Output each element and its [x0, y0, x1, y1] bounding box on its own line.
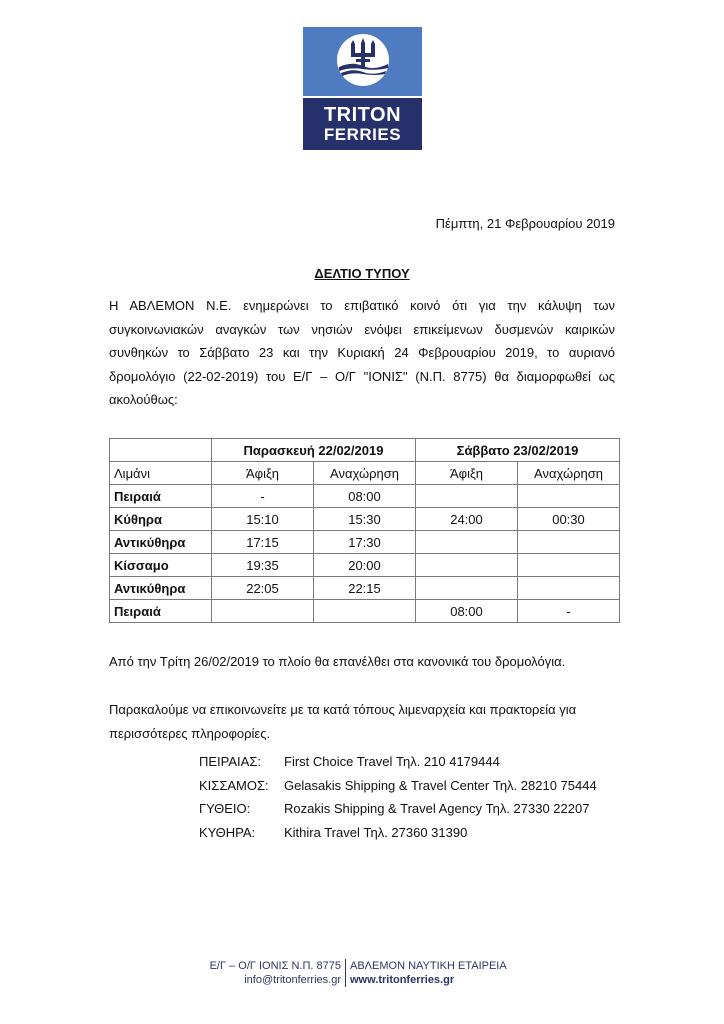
arrival-time — [212, 600, 314, 623]
agent-city: ΚΥΘΗΡΑ: — [199, 825, 284, 840]
logo-top-panel — [303, 27, 422, 96]
agent-row: ΚΥΘΗΡΑ: Kithira Travel Τηλ. 27360 31390 — [199, 821, 597, 845]
intro-paragraph: Η ΑΒΛΕΜΟΝ Ν.Ε. ενημερώνει το επιβατικό κ… — [109, 294, 615, 412]
agent-city: ΚΙΣΣΑΜΟΣ: — [199, 778, 284, 793]
departure-time: 08:00 — [314, 485, 416, 508]
port-name: Κίσσαμο — [110, 554, 212, 577]
arrival-time: 17:15 — [212, 531, 314, 554]
agent-info: Rozakis Shipping & Travel Agency Τηλ. 27… — [284, 801, 589, 816]
table-row: Κύθηρα 15:10 15:30 24:00 00:30 — [110, 508, 620, 531]
arrival-time — [416, 485, 518, 508]
arrival-time — [416, 531, 518, 554]
column-header-departure: Αναχώρηση — [518, 462, 620, 485]
table-day-header-row: Παρασκευή 22/02/2019 Σάββατο 23/02/2019 — [110, 439, 620, 462]
table-row: Πειραιά - 08:00 — [110, 485, 620, 508]
intro-line: συνθηκών το Σάββατο 23 και την Κυριακή 2… — [109, 341, 615, 365]
intro-line: συγκοινωνιακών αναγκών των νησιών ενόψει… — [109, 318, 615, 342]
table-column-header-row: Λιμάνι Άφιξη Αναχώρηση Άφιξη Αναχώρηση — [110, 462, 620, 485]
logo-text-line2: FERRIES — [303, 126, 422, 143]
column-header-port: Λιμάνι — [110, 462, 212, 485]
triton-ferries-logo: TRITON FERRIES — [303, 27, 422, 150]
agent-row: ΠΕΙΡΑΙΑΣ: First Choice Travel Τηλ. 210 4… — [199, 750, 597, 774]
intro-line: δρομολόγιο (22-02-2019) του Ε/Γ – Ο/Γ "Ι… — [109, 365, 615, 389]
departure-time: - — [518, 600, 620, 623]
agent-info: Gelasakis Shipping & Travel Center Τηλ. … — [284, 778, 597, 793]
port-name: Πειραιά — [110, 600, 212, 623]
table-row: Αντικύθηρα 22:05 22:15 — [110, 577, 620, 600]
table-row: Πειραιά 08:00 - — [110, 600, 620, 623]
footer-website-link[interactable]: www.tritonferries.gr — [346, 973, 520, 987]
page-footer: Ε/Γ – Ο/Γ ΙΟΝΙΣ Ν.Π. 8775 ΑΒΛΕΜΟΝ ΝΑΥΤΙΚ… — [0, 959, 724, 987]
table-empty-cell — [110, 439, 212, 462]
departure-time — [518, 485, 620, 508]
column-header-arrival: Άφιξη — [212, 462, 314, 485]
departure-time: 22:15 — [314, 577, 416, 600]
contact-paragraph: Παρακαλούμε να επικοινωνείτε με τα κατά … — [109, 698, 615, 745]
departure-time: 17:30 — [314, 531, 416, 554]
table-row: Κίσσαμο 19:35 20:00 — [110, 554, 620, 577]
agent-row: ΓΥΘΕΙΟ: Rozakis Shipping & Travel Agency… — [199, 797, 597, 821]
agent-city: ΓΥΘΕΙΟ: — [199, 801, 284, 816]
footer-vessel: Ε/Γ – Ο/Γ ΙΟΝΙΣ Ν.Π. 8775 — [204, 959, 346, 973]
port-name: Πειραιά — [110, 485, 212, 508]
arrival-time: 08:00 — [416, 600, 518, 623]
day-header-saturday: Σάββατο 23/02/2019 — [416, 439, 620, 462]
arrival-time: 19:35 — [212, 554, 314, 577]
agent-city: ΠΕΙΡΑΙΑΣ: — [199, 754, 284, 769]
arrival-time: 22:05 — [212, 577, 314, 600]
agents-list: ΠΕΙΡΑΙΑΣ: First Choice Travel Τηλ. 210 4… — [199, 750, 597, 844]
arrival-time: - — [212, 485, 314, 508]
arrival-time — [416, 577, 518, 600]
arrival-time — [416, 554, 518, 577]
trident-wave-icon — [336, 33, 390, 87]
departure-time — [518, 554, 620, 577]
departure-time: 20:00 — [314, 554, 416, 577]
departure-time — [518, 531, 620, 554]
arrival-time: 15:10 — [212, 508, 314, 531]
logo-text-line1: TRITON — [303, 105, 422, 125]
port-name: Αντικύθηρα — [110, 531, 212, 554]
day-header-friday: Παρασκευή 22/02/2019 — [212, 439, 416, 462]
document-date: Πέμπτη, 21 Φεβρουαρίου 2019 — [436, 216, 615, 231]
arrival-time: 24:00 — [416, 508, 518, 531]
departure-time — [518, 577, 620, 600]
intro-line: ακολούθως: — [109, 388, 615, 412]
intro-line: Η ΑΒΛΕΜΟΝ Ν.Ε. ενημερώνει το επιβατικό κ… — [109, 294, 615, 318]
departure-time — [314, 600, 416, 623]
table-row: Αντικύθηρα 17:15 17:30 — [110, 531, 620, 554]
departure-time: 15:30 — [314, 508, 416, 531]
resume-notice: Από την Τρίτη 26/02/2019 το πλοίο θα επα… — [109, 654, 565, 669]
port-name: Αντικύθηρα — [110, 577, 212, 600]
agent-info: First Choice Travel Τηλ. 210 4179444 — [284, 754, 500, 769]
footer-company: ΑΒΛΕΜΟΝ ΝΑΥΤΙΚΗ ΕΤΑΙΡΕΙΑ — [346, 959, 520, 973]
agent-info: Kithira Travel Τηλ. 27360 31390 — [284, 825, 467, 840]
column-header-arrival: Άφιξη — [416, 462, 518, 485]
schedule-table: Παρασκευή 22/02/2019 Σάββατο 23/02/2019 … — [109, 438, 620, 623]
footer-email-link[interactable]: info@tritonferries.gr — [204, 973, 346, 987]
agent-row: ΚΙΣΣΑΜΟΣ: Gelasakis Shipping & Travel Ce… — [199, 774, 597, 798]
document-title: ΔΕΛΤΙΟ ΤΥΠΟΥ — [0, 266, 724, 281]
port-name: Κύθηρα — [110, 508, 212, 531]
column-header-departure: Αναχώρηση — [314, 462, 416, 485]
departure-time: 00:30 — [518, 508, 620, 531]
